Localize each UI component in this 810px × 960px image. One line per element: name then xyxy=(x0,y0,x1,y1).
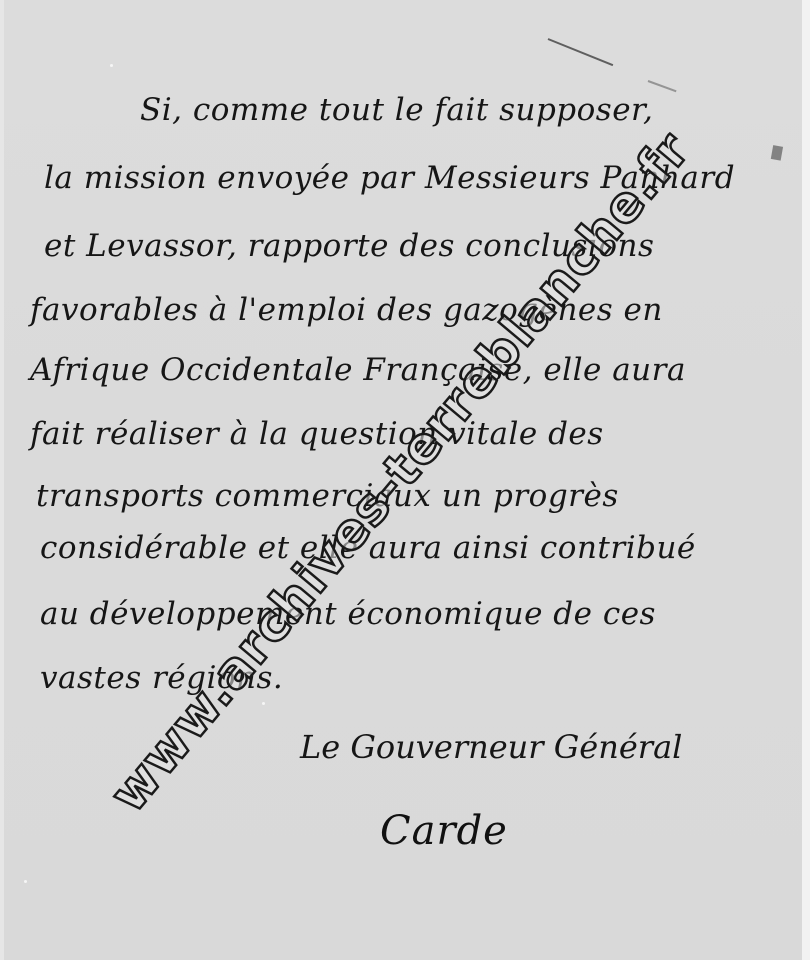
letter-line-5: Afrique Occidentale Française, elle aura xyxy=(30,352,686,388)
letter-body: Si, comme tout le fait supposer, la miss… xyxy=(0,0,810,960)
letter-line-1: Si, comme tout le fait supposer, xyxy=(140,92,653,128)
letter-line-2: la mission envoyée par Messieurs Panhard xyxy=(44,160,735,196)
letter-line-6: fait réaliser à la question vitale des xyxy=(30,416,604,452)
signature: Carde xyxy=(380,808,508,854)
letter-line-4: favorables à l'emploi des gazogènes en xyxy=(30,292,663,328)
document-page: Si, comme tout le fait supposer, la miss… xyxy=(0,0,810,960)
letter-line-10: vastes régions. xyxy=(40,660,283,696)
letter-line-9: au développement économique de ces xyxy=(40,596,656,632)
letter-line-3: et Levassor, rapporte des conclusions xyxy=(44,228,654,264)
letter-line-8: considérable et elle aura ainsi contribu… xyxy=(40,530,696,566)
letter-line-7: transports commerciaux un progrès xyxy=(36,478,619,514)
closing-title: Le Gouverneur Général xyxy=(300,728,682,766)
